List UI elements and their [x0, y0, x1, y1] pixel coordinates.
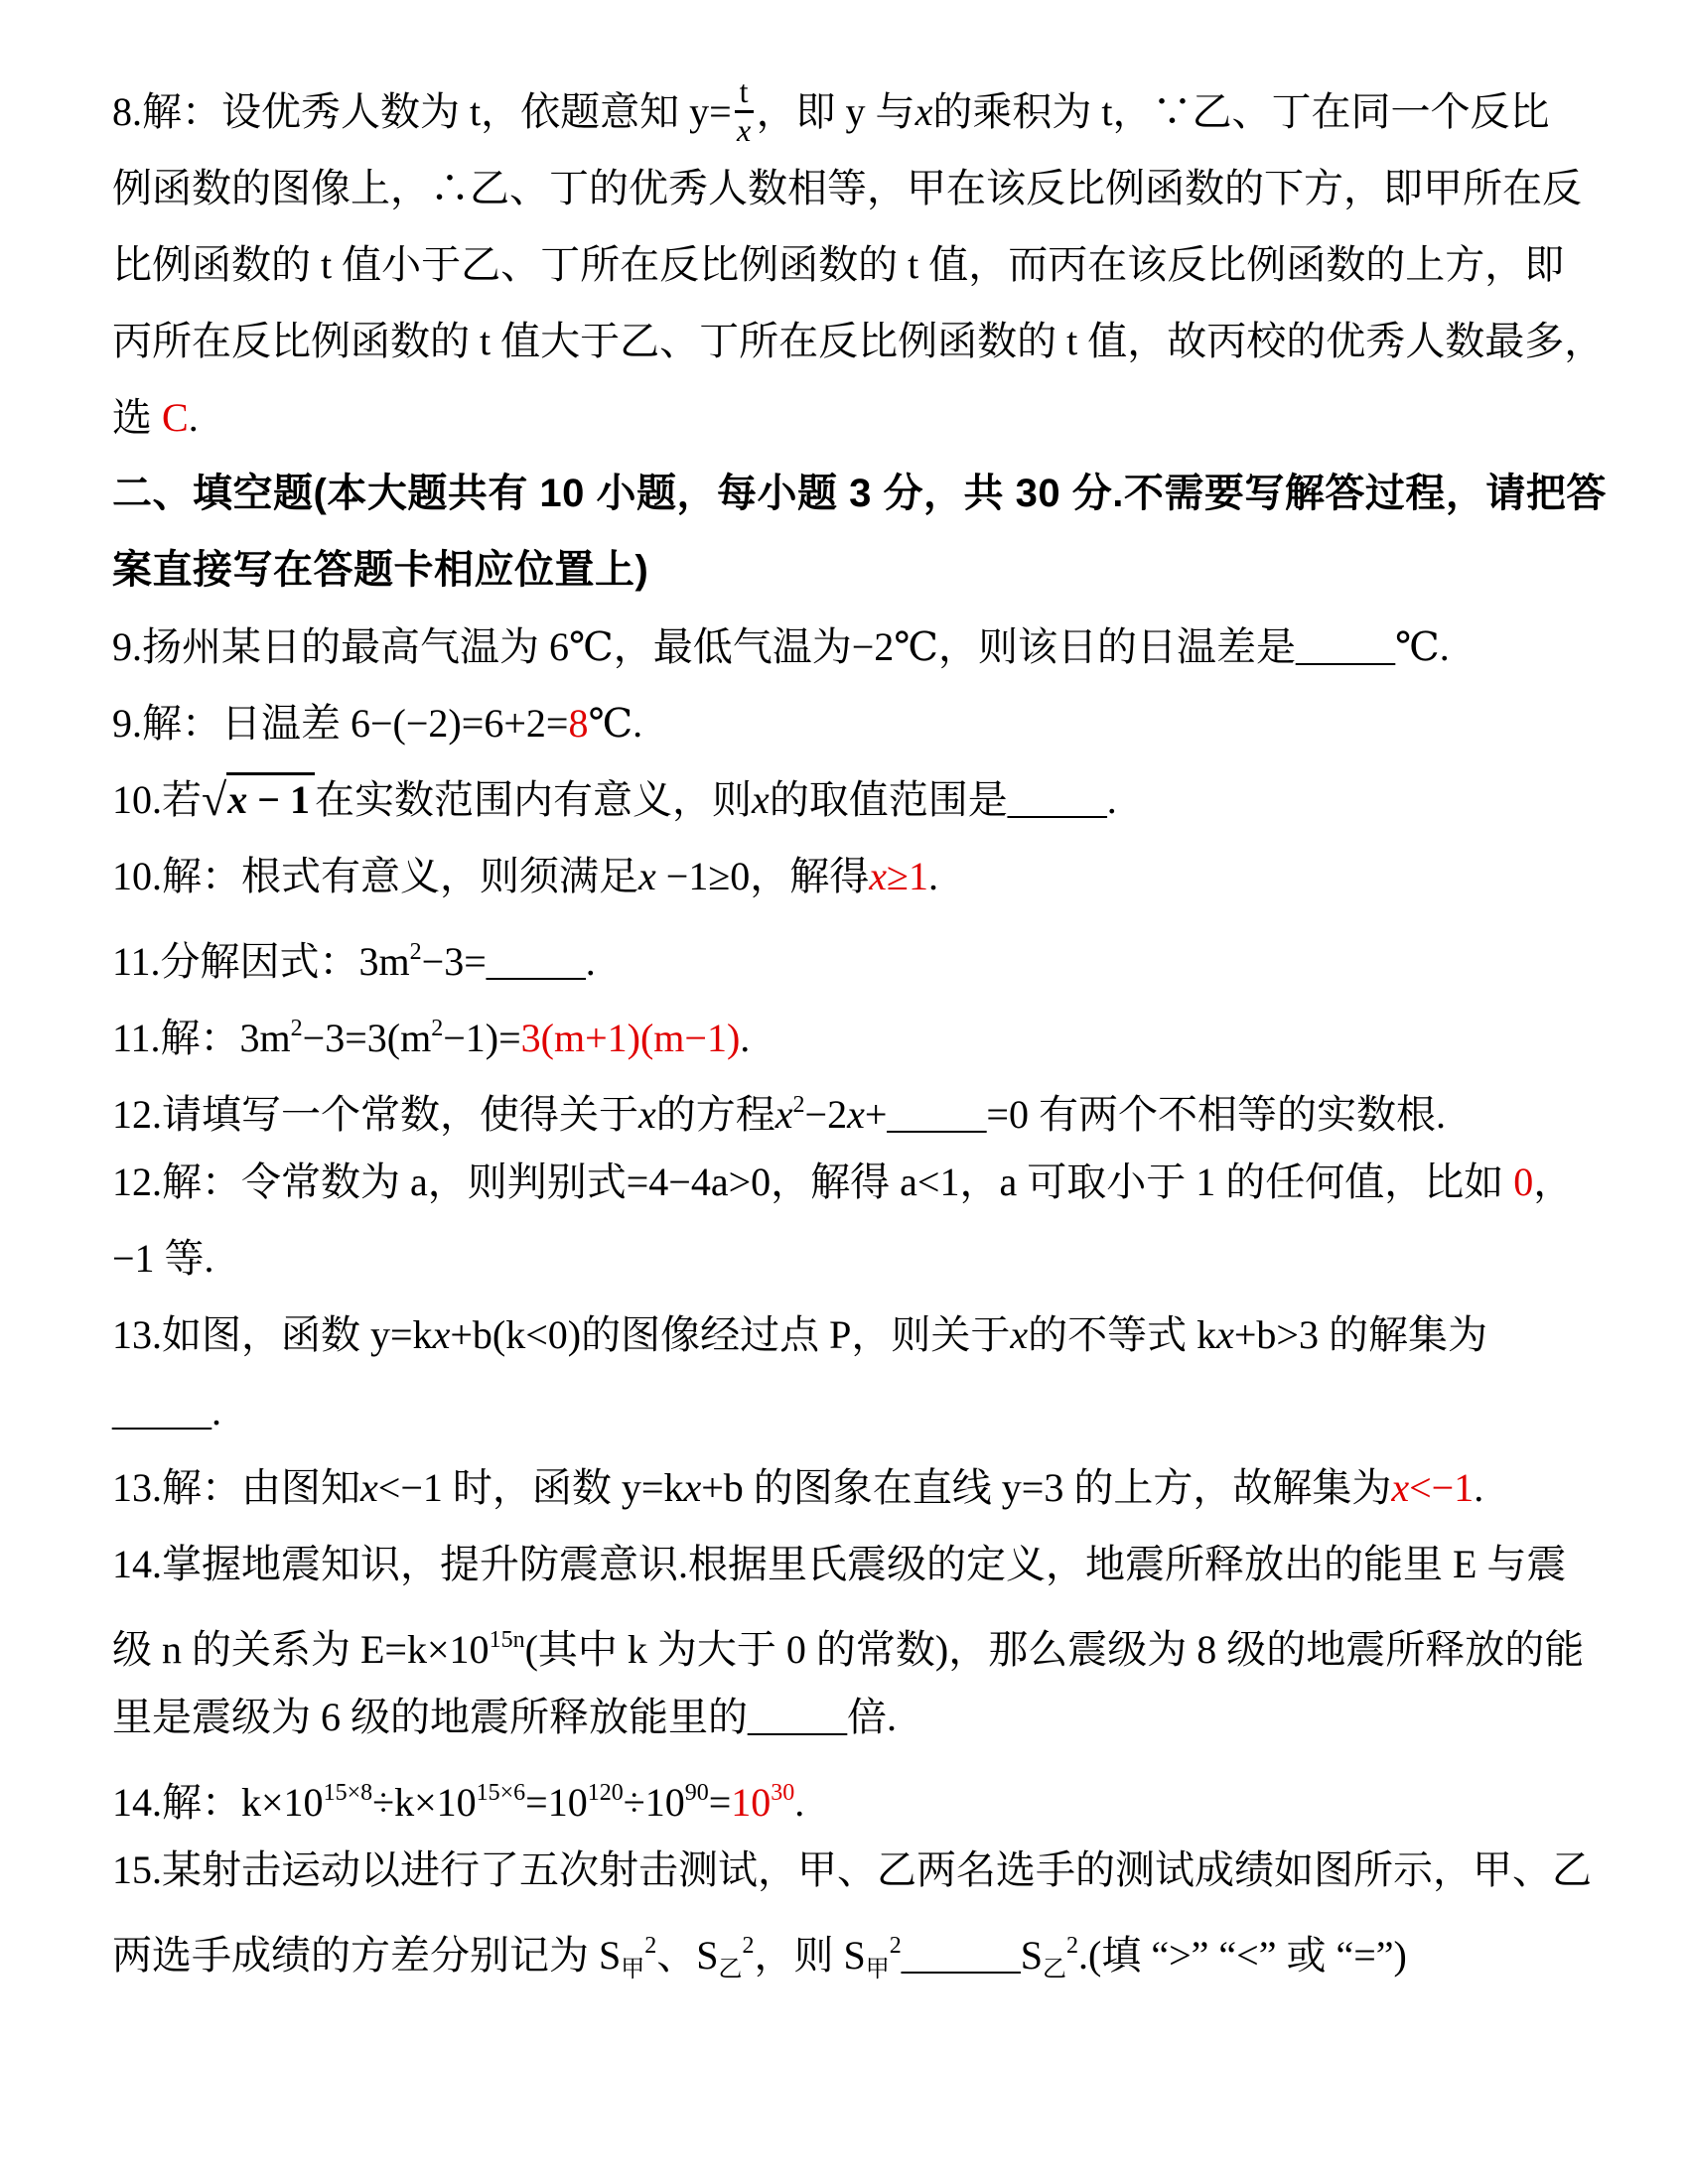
text-run: 2: [793, 1092, 805, 1118]
answer-text: 8: [568, 701, 588, 746]
text-run: 甲: [621, 1957, 644, 1982]
text-run: x: [638, 854, 656, 898]
p8-solution-line1: 8.解：设优秀人数为 t，依题意知 y=tx，即 y 与x的乘积为 t，∵乙、丁…: [112, 73, 1579, 150]
text-run: 2: [291, 1016, 303, 1041]
p11-solution: 11.解：3m2−3=3(m2−1)=3(m+1)(m−1).: [112, 991, 1579, 1067]
text-run: 2: [410, 939, 422, 965]
text-run: x: [1010, 1312, 1028, 1357]
answer-text: C: [162, 395, 189, 440]
text-run: 两选手成绩的方差分别记为 S: [112, 1933, 621, 1978]
text-run: 120: [588, 1780, 624, 1806]
text-run: 14.掌握地震知识，提升防震意识.根据里氏震级的定义，地震所释放出的能里 E 与…: [112, 1542, 1566, 1586]
answer-text: x: [869, 854, 887, 898]
text-run: x: [360, 1465, 378, 1510]
text-run: 10.若: [112, 777, 202, 822]
text-run: 在实数范围内有意义，则: [315, 777, 752, 822]
text-run: 8.解：设优秀人数为 t，依题意知 y=: [112, 89, 732, 134]
answer-text: x: [1391, 1465, 1409, 1510]
text-run: .: [740, 1016, 750, 1060]
text-run: 乙: [719, 1957, 743, 1982]
answer-text: 10: [731, 1780, 771, 1825]
text-run: 13.如图，函数 y=k: [112, 1312, 433, 1357]
text-run: 的乘积为 t，∵乙、丁在同一个反比: [932, 89, 1549, 134]
p14-question-line3: 里是震级为 6 级的地震所释放能里的_____倍.: [112, 1679, 1579, 1755]
text-run: 14.解：k×10: [112, 1780, 324, 1825]
text-run: +b 的图象在直线 y=3 的上方，故解集为: [701, 1465, 1391, 1510]
section2-header-line2: 案直接写在答题卡相应位置上): [112, 532, 1579, 609]
p8-solution-line2: 例函数的图像上，∴乙、丁的优秀人数相等，甲在该反比例函数的下方，即甲所在反: [112, 150, 1579, 226]
text-run: 13.解：由图知: [112, 1465, 360, 1510]
p15-question-line1: 15.某射击运动以进行了五次射击测试，甲、乙两名选手的测试成绩如图所示，甲、乙: [112, 1832, 1579, 1908]
sqrt-expression: √x − 1: [202, 777, 315, 822]
text-run: +b(k<0)的图像经过点 P，则关于: [450, 1312, 1010, 1357]
p9-question: 9.扬州某日的最高气温为 6℃，最低气温为−2℃，则该日的日温差是_____℃.: [112, 609, 1579, 685]
text-run: 90: [685, 1780, 709, 1806]
text-run: −2: [805, 1092, 848, 1137]
text-run: ℃.: [588, 701, 642, 746]
text-run: 9.扬州某日的最高气温为 6℃，最低气温为−2℃，则该日的日温差是_____℃.: [112, 624, 1450, 669]
text-run: =: [709, 1780, 732, 1825]
text-run: 15×6: [477, 1780, 526, 1806]
text-run: ，即 y 与: [757, 89, 915, 134]
fraction: tx: [735, 75, 754, 147]
text-run: x: [1216, 1312, 1234, 1357]
text-run: 11.解：3m: [112, 1016, 291, 1060]
text-run: ，则 S: [755, 1933, 866, 1978]
text-run: x: [915, 89, 933, 134]
p14-solution: 14.解：k×1015×8÷k×1015×6=10120÷1090=1030.: [112, 1755, 1579, 1832]
text-run: 丙所在反比例函数的 t 值大于乙、丁所在反比例函数的 t 值，故丙校的优秀人数最…: [112, 319, 1604, 363]
text-run: .: [189, 395, 199, 440]
text-run: −1≥0，解得: [656, 854, 870, 898]
p10-solution: 10.解：根式有意义，则须满足x −1≥0，解得x≥1.: [112, 838, 1579, 914]
text-run: ÷k×10: [372, 1780, 477, 1825]
fraction-denominator: x: [735, 113, 754, 148]
text-run: ÷10: [624, 1780, 685, 1825]
p10-question: 10.若√x − 1在实数范围内有意义，则x的取值范围是_____.: [112, 761, 1579, 838]
text-run: 2: [743, 1933, 755, 1959]
text-run: .(填 “>” “<” 或 “=”): [1078, 1933, 1407, 1978]
answer-text: 3(m+1)(m−1): [521, 1016, 741, 1060]
text-run: .: [794, 1780, 804, 1825]
text-run: 2: [1066, 1933, 1078, 1959]
p14-question-line2: 级 n 的关系为 E=k×1015n(其中 k 为大于 0 的常数)，那么震级为…: [112, 1602, 1579, 1679]
text-run: 2: [431, 1016, 443, 1041]
p8-solution-line4: 丙所在反比例函数的 t 值大于乙、丁所在反比例函数的 t 值，故丙校的优秀人数最…: [112, 303, 1579, 379]
text-run: −1 等.: [112, 1236, 214, 1281]
text-run: 2: [890, 1933, 902, 1959]
p15-question-line2: 两选手成绩的方差分别记为 S甲2、S乙2，则 S甲2______S乙2.(填 “…: [112, 1908, 1579, 1984]
p11-question: 11.分解因式：3m2−3=_____.: [112, 914, 1579, 991]
text-run: =10: [525, 1780, 588, 1825]
text-run: +b>3 的解集为: [1234, 1312, 1487, 1357]
text-run: 10.解：根式有意义，则须满足: [112, 854, 638, 898]
text-run: 11.分解因式：3m: [112, 939, 410, 984]
p13-question-line1: 13.如图，函数 y=kx+b(k<0)的图像经过点 P，则关于x的不等式 kx…: [112, 1297, 1579, 1373]
p13-solution: 13.解：由图知x<−1 时，函数 y=kx+b 的图象在直线 y=3 的上方，…: [112, 1449, 1579, 1526]
answer-text: 0: [1513, 1160, 1533, 1204]
text-run: .: [928, 854, 938, 898]
p14-question-line1: 14.掌握地震知识，提升防震意识.根据里氏震级的定义，地震所释放出的能里 E 与…: [112, 1526, 1579, 1602]
text-run: x: [227, 777, 247, 822]
text-run: 级 n 的关系为 E=k×10: [112, 1627, 490, 1672]
text-run: 12.请填写一个常数，使得关于: [112, 1092, 638, 1137]
text-run: 的方程: [656, 1092, 775, 1137]
text-run: (其中 k 为大于 0 的常数)，那么震级为 8 级的地震所释放的能: [525, 1627, 1585, 1672]
text-run: −3=3(m: [303, 1016, 432, 1060]
answer-text: ≥1: [887, 854, 928, 898]
text-run: 选: [112, 395, 162, 440]
text-run: 的不等式 k: [1028, 1312, 1216, 1357]
fraction-numerator: t: [735, 75, 754, 113]
section2-header-line1: 二、填空题(本大题共有 10 小题，每小题 3 分，共 30 分.不需要写解答过…: [112, 456, 1579, 532]
text-run: x: [433, 1312, 451, 1357]
text-run: x: [775, 1092, 793, 1137]
text-run: ，: [1533, 1160, 1573, 1204]
text-run: 案直接写在答题卡相应位置上): [112, 548, 648, 592]
p12-question: 12.请填写一个常数，使得关于x的方程x2−2x+_____=0 有两个不相等的…: [112, 1067, 1579, 1144]
text-run: +_____=0 有两个不相等的实数根.: [865, 1092, 1446, 1137]
text-run: 15.某射击运动以进行了五次射击测试，甲、乙两名选手的测试成绩如图所示，甲、乙: [112, 1847, 1592, 1892]
text-run: x: [752, 777, 770, 822]
text-run: 乙: [1043, 1957, 1066, 1982]
text-run: x: [638, 1092, 656, 1137]
text-run: _____.: [112, 1389, 221, 1433]
radical-sign-icon: √: [202, 774, 226, 825]
text-run: .: [1474, 1465, 1483, 1510]
answer-text: 30: [771, 1780, 794, 1806]
p9-solution: 9.解：日温差 6−(−2)=6+2=8℃.: [112, 685, 1579, 761]
p12-solution-line1: 12.解：令常数为 a，则判别式=4−4a>0，解得 a<1，a 可取小于 1 …: [112, 1144, 1579, 1220]
answer-text: <−1: [1409, 1465, 1474, 1510]
text-run: 12.解：令常数为 a，则判别式=4−4a>0，解得 a<1，a 可取小于 1 …: [112, 1160, 1513, 1204]
p13-question-line2: _____.: [112, 1373, 1579, 1449]
text-run: 比例函数的 t 值小于乙、丁所在反比例函数的 t 值，而丙在该反比例函数的上方，…: [112, 242, 1564, 287]
text-run: 15×8: [324, 1780, 373, 1806]
exam-answer-document: 8.解：设优秀人数为 t，依题意知 y=tx，即 y 与x的乘积为 t，∵乙、丁…: [0, 0, 1688, 1984]
text-run: <−1 时，函数 y=k: [378, 1465, 684, 1510]
text-run: −3=_____.: [422, 939, 596, 984]
text-run: x: [847, 1092, 865, 1137]
text-run: 、S: [656, 1933, 718, 1978]
text-run: −1)=: [443, 1016, 520, 1060]
text-run: 15n: [490, 1627, 525, 1653]
text-run: x: [683, 1465, 701, 1510]
radicand: x − 1: [226, 772, 315, 822]
text-run: ______S: [902, 1933, 1043, 1978]
text-run: − 1: [247, 777, 310, 822]
text-run: 甲: [866, 1957, 890, 1982]
text-run: 的取值范围是_____.: [770, 777, 1117, 822]
text-run: 里是震级为 6 级的地震所释放能里的_____倍.: [112, 1695, 897, 1739]
p12-solution-line2: −1 等.: [112, 1220, 1579, 1297]
p8-solution-line3: 比例函数的 t 值小于乙、丁所在反比例函数的 t 值，而丙在该反比例函数的上方，…: [112, 226, 1579, 303]
p8-answer: 选 C.: [112, 379, 1579, 456]
text-run: 2: [644, 1933, 656, 1959]
text-run: 9.解：日温差 6−(−2)=6+2=: [112, 701, 568, 746]
text-run: 二、填空题(本大题共有 10 小题，每小题 3 分，共 30 分.不需要写解答过…: [112, 472, 1607, 515]
text-run: 例函数的图像上，∴乙、丁的优秀人数相等，甲在该反比例函数的下方，即甲所在反: [112, 166, 1582, 210]
